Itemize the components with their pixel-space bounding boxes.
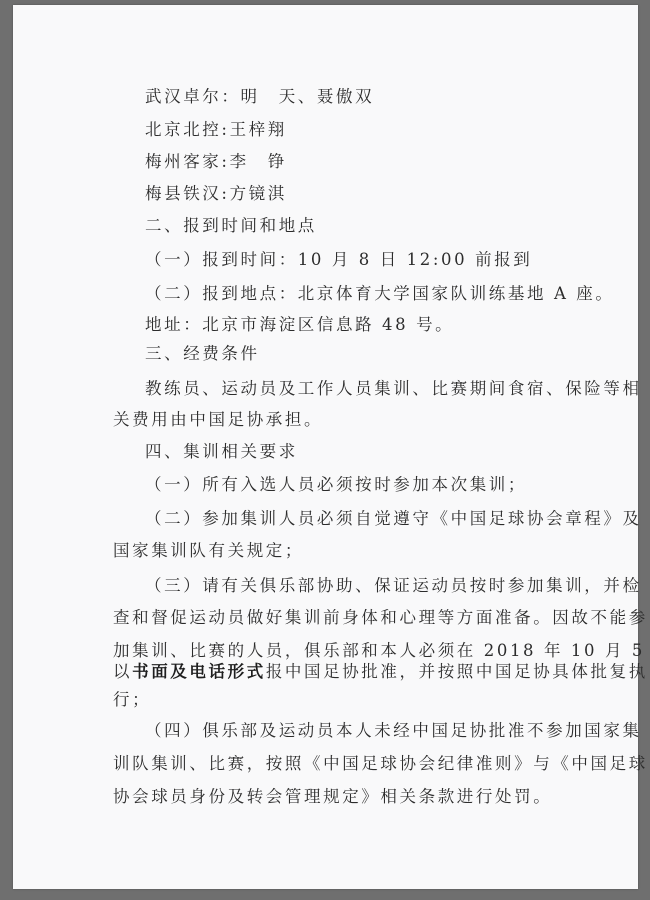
item3-line5: 行； — [113, 689, 553, 711]
item3-line4: 以书面及电话形式报中国足协批准，并按照中国足协具体批复执 — [113, 661, 553, 683]
roster-line-meizhou: 梅州客家:李 铮 — [145, 151, 585, 173]
player-names: 方镜淇 — [230, 184, 287, 203]
club-name: 武汉卓尔： — [145, 87, 241, 106]
player-names: 李 铮 — [230, 152, 287, 171]
item2-line1: （二）参加集训人员必须自觉遵守《中国足球协会章程》及 — [145, 508, 585, 530]
player-names: 王梓翔 — [230, 120, 287, 139]
section3-heading: 三、经费条件 — [145, 343, 585, 365]
item3-line2: 查和督促运动员做好集训前身体和心理等方面准备。因故不能参 — [113, 607, 553, 629]
item4-line1: （四）俱乐部及运动员本人未经中国足协批准不参加国家集 — [145, 720, 585, 742]
section4-heading: 四、集训相关要求 — [145, 441, 585, 463]
item4-line2: 训队集训、比赛，按照《中国足球协会纪律准则》与《中国足球 — [113, 753, 553, 775]
club-name: 梅州客家: — [145, 152, 230, 171]
club-name: 北京北控: — [145, 120, 230, 139]
section3-para-line2: 关费用由中国足协承担。 — [113, 409, 553, 431]
item1: （一）所有入选人员必须按时参加本次集训； — [145, 474, 585, 496]
item3-line3: 加集训、比赛的人员，俱乐部和本人必须在 2018 年 10 月 5 日前 — [113, 640, 553, 662]
item3-line1: （三）请有关俱乐部协助、保证运动员按时参加集训，并检 — [145, 575, 585, 597]
bold-emphasis: 书面及电话形式 — [132, 662, 266, 681]
report-place: （二）报到地点：北京体育大学国家队训练基地 A 座。 — [145, 283, 585, 305]
roster-line-meixian: 梅县铁汉:方镜淇 — [145, 183, 585, 205]
address: 地址：北京市海淀区信息路 48 号。 — [145, 314, 585, 336]
text: 以 — [113, 662, 132, 681]
roster-line-beijing: 北京北控:王梓翔 — [145, 119, 585, 141]
player-names: 明 天、聂傲双 — [241, 87, 375, 106]
item2-line2: 国家集训队有关规定； — [113, 540, 553, 562]
section2-heading: 二、报到时间和地点 — [145, 215, 585, 237]
club-name: 梅县铁汉: — [145, 184, 230, 203]
report-time: （一）报到时间：10 月 8 日 12:00 前报到 — [145, 249, 585, 271]
item4-line3: 协会球员身份及转会管理规定》相关条款进行处罚。 — [113, 786, 553, 808]
roster-line-wuhan: 武汉卓尔：明 天、聂傲双 — [145, 86, 585, 108]
section3-para-line1: 教练员、运动员及工作人员集训、比赛期间食宿、保险等相 — [145, 378, 585, 400]
text: 报中国足协批准，并按照中国足协具体批复执 — [266, 662, 648, 681]
